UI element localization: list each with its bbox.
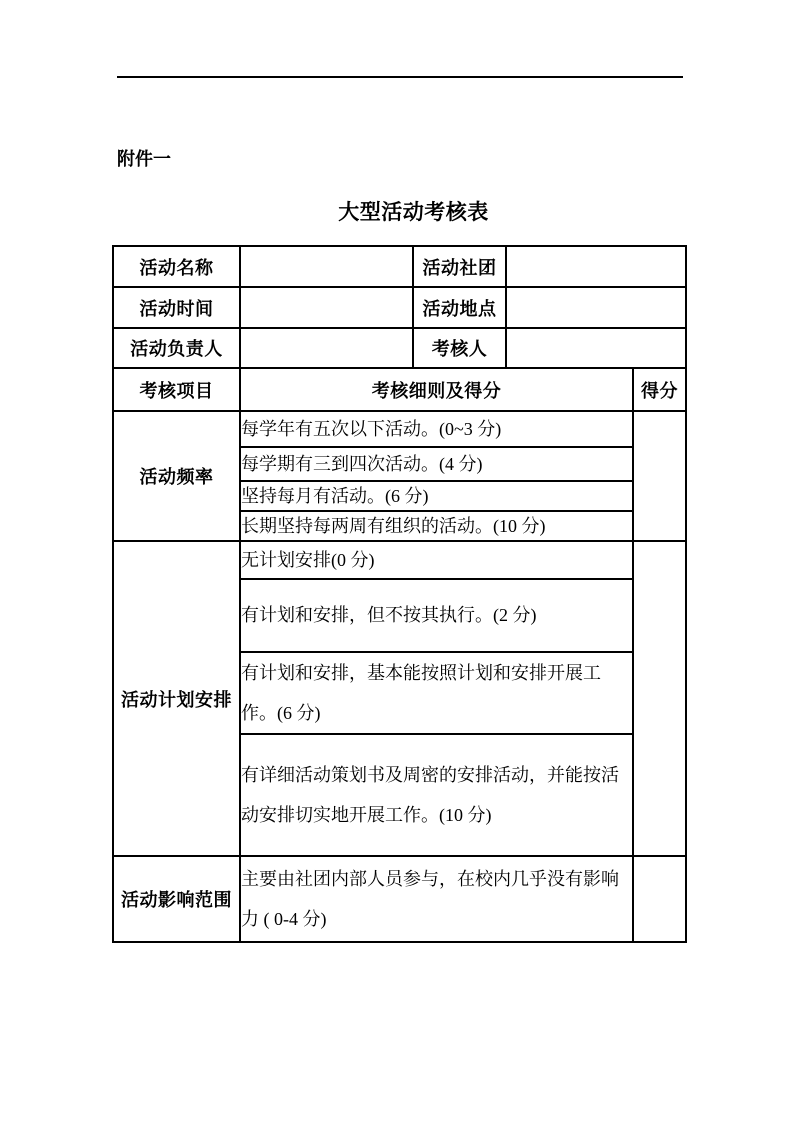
section-label-activity-frequency: 活动频率: [113, 411, 240, 541]
label-activity-place: 活动地点: [413, 287, 506, 328]
header-assessment-criteria: 考核细则及得分: [240, 368, 633, 411]
attachment-label: 附件一: [117, 148, 171, 170]
value-activity-club: [506, 246, 686, 287]
label-activity-leader: 活动负责人: [113, 328, 240, 368]
label-assessor: 考核人: [413, 328, 506, 368]
assessment-table: 活动名称 活动社团 活动时间 活动地点 活动负责人 考核人 考核项目 考核细则及…: [112, 245, 687, 943]
label-activity-club: 活动社团: [413, 246, 506, 287]
section-label-activity-influence: 活动影响范围: [113, 856, 240, 942]
document-page: 附件一 大型活动考核表 活动名称 活动社团 活动时间 活动地点 活动负责人 考核…: [0, 0, 793, 1122]
criteria-frequency-3: 坚持每月有活动。(6 分): [240, 481, 633, 511]
header-score: 得分: [633, 368, 686, 411]
value-activity-place: [506, 287, 686, 328]
value-assessor: [506, 328, 686, 368]
criteria-planning-4: 有详细活动策划书及周密的安排活动，并能按活 动安排切实地开展工作。(10 分): [240, 734, 633, 856]
criteria-planning-2: 有计划和安排，但不按其执行。(2 分): [240, 579, 633, 652]
score-cell-activity-influence: [633, 856, 686, 942]
score-cell-activity-frequency: [633, 411, 686, 541]
page-title: 大型活动考核表: [127, 199, 700, 225]
criteria-planning-3: 有计划和安排，基本能按照计划和安排开展工 作。(6 分): [240, 652, 633, 734]
header-assessment-item: 考核项目: [113, 368, 240, 411]
value-activity-time: [240, 287, 413, 328]
header-rule: [117, 76, 683, 78]
score-cell-activity-planning: [633, 541, 686, 856]
value-activity-name: [240, 246, 413, 287]
criteria-frequency-1: 每学年有五次以下活动。(0~3 分): [240, 411, 633, 447]
value-activity-leader: [240, 328, 413, 368]
criteria-frequency-4: 长期坚持每两周有组织的活动。(10 分): [240, 511, 633, 541]
label-activity-name: 活动名称: [113, 246, 240, 287]
label-activity-time: 活动时间: [113, 287, 240, 328]
section-label-activity-planning: 活动计划安排: [113, 541, 240, 856]
criteria-influence-1: 主要由社团内部人员参与，在校内几乎没有影响 力 ( 0-4 分): [240, 856, 633, 942]
criteria-planning-1: 无计划安排(0 分): [240, 541, 633, 579]
criteria-frequency-2: 每学期有三到四次活动。(4 分): [240, 447, 633, 481]
